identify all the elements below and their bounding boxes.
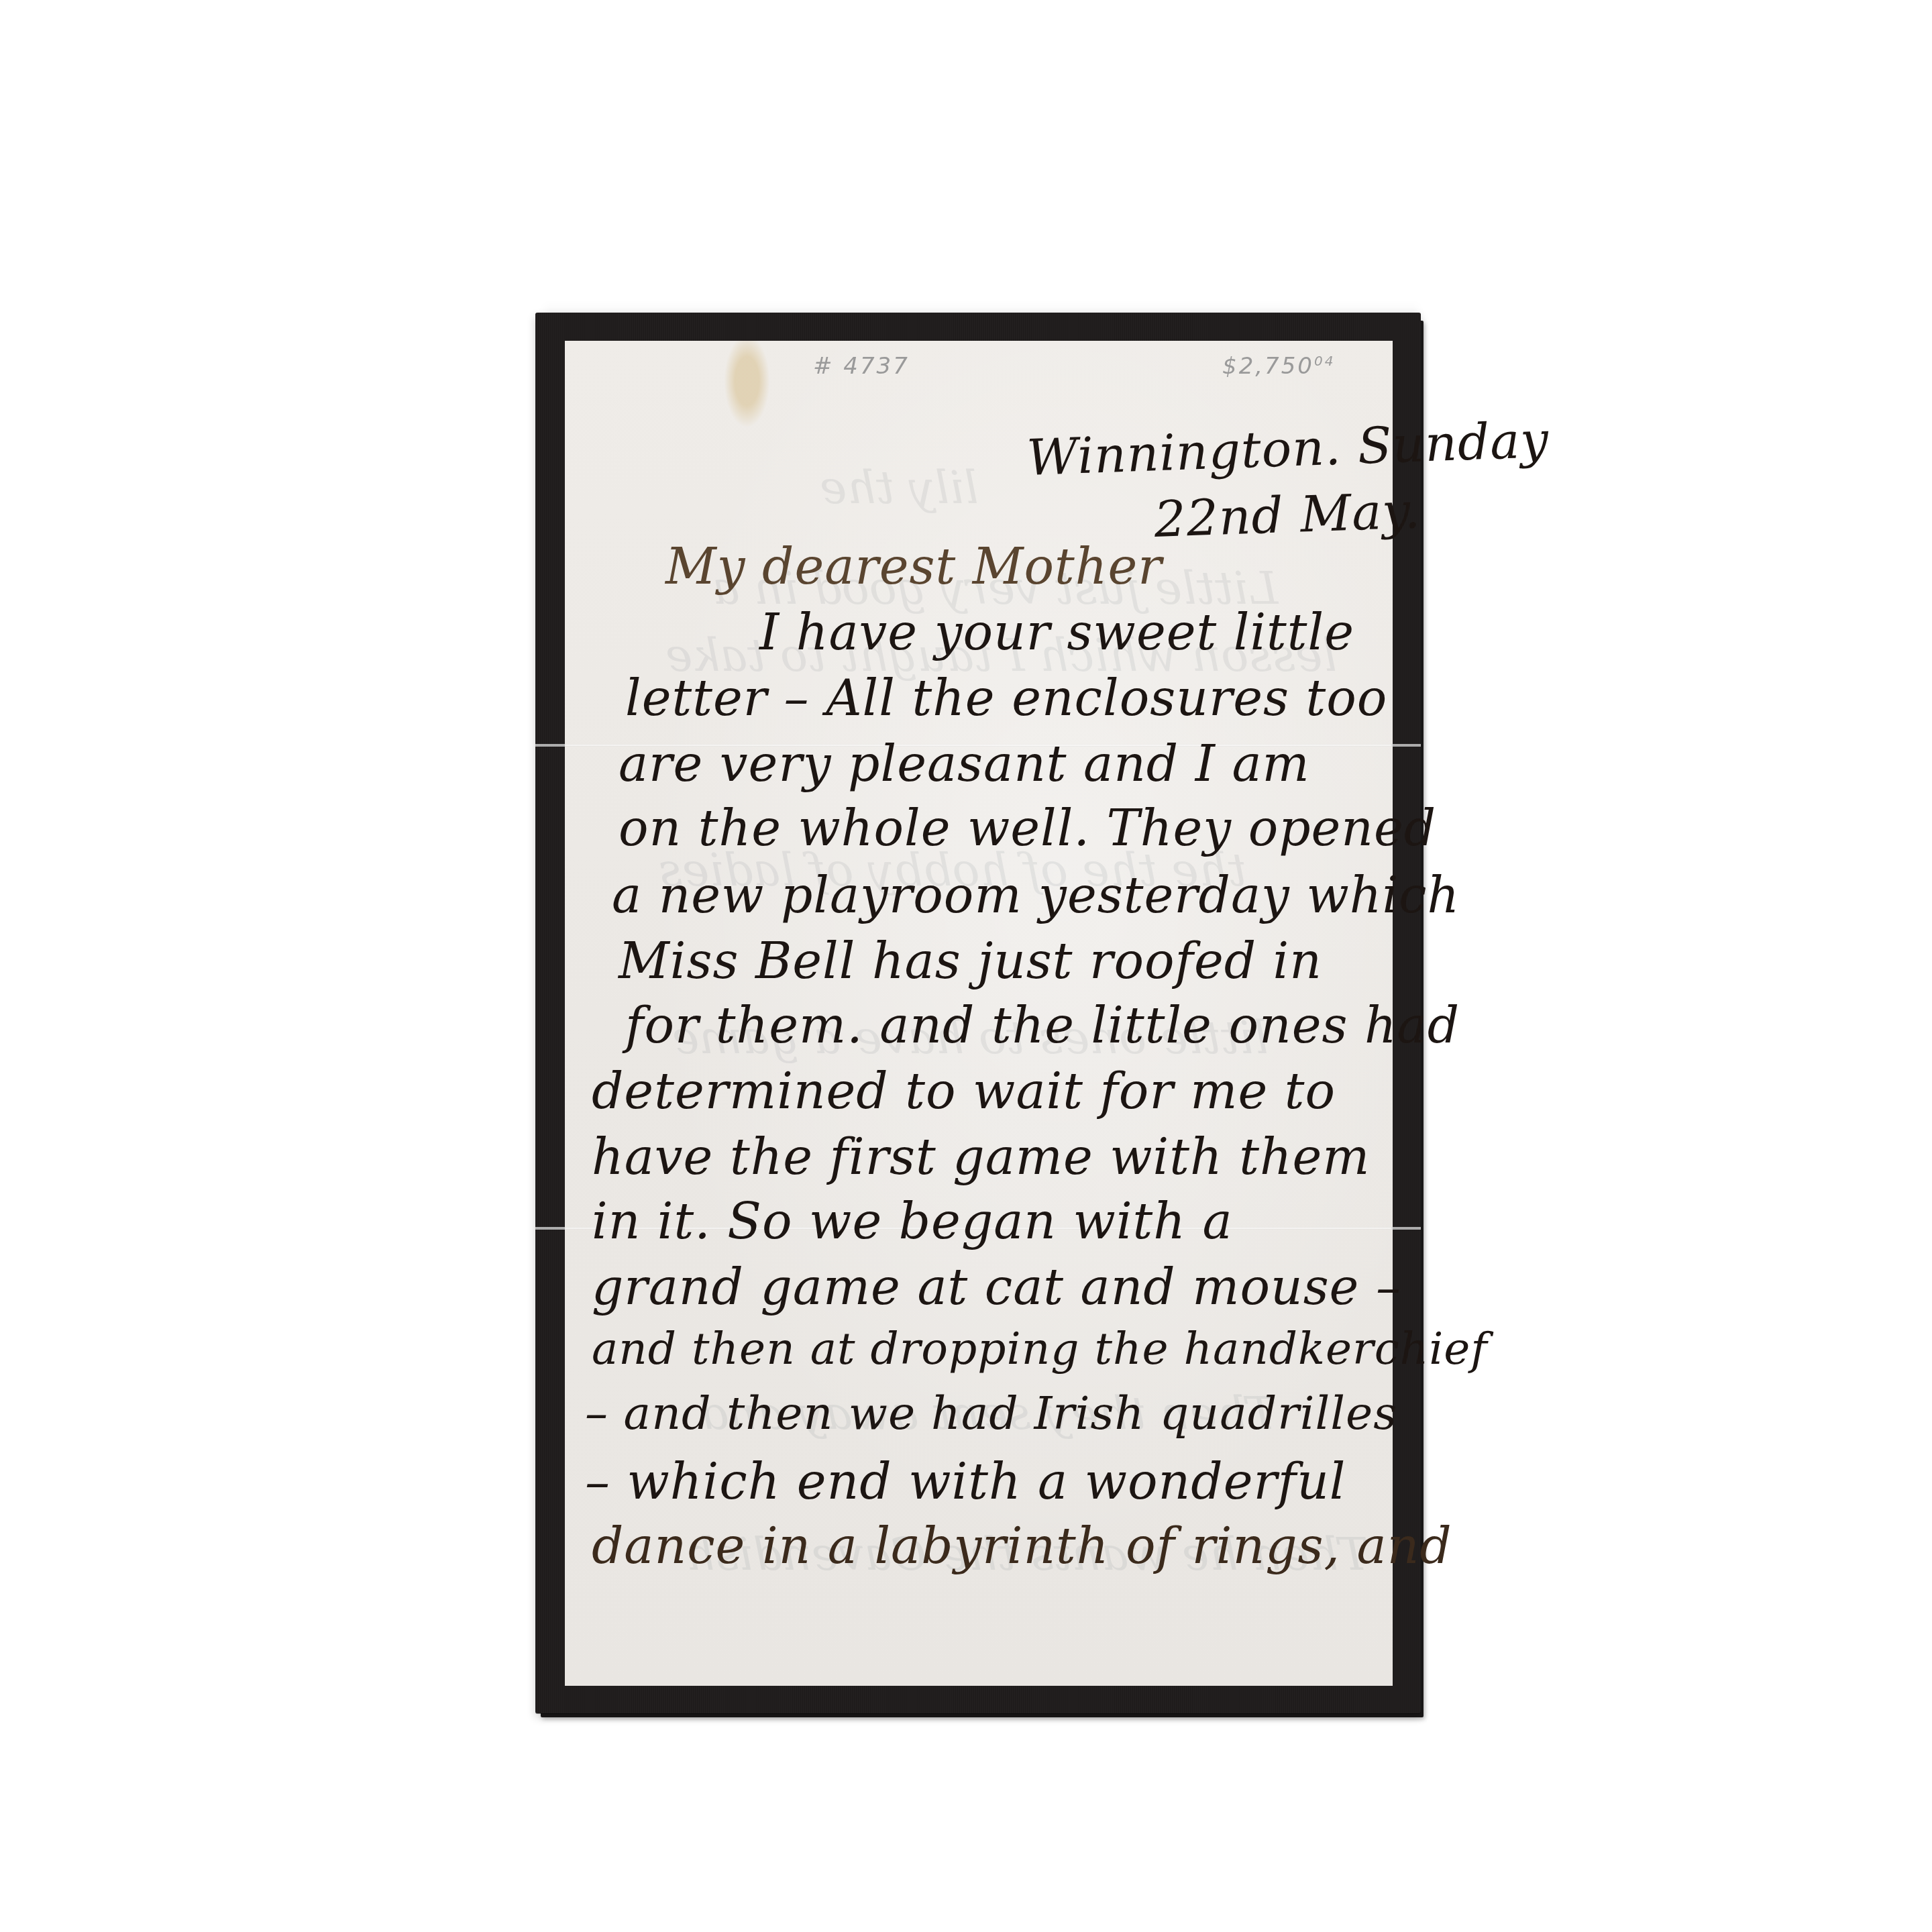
letter-body-line: dance in a labyrinth of rings, and	[592, 1521, 1452, 1571]
letter-date: 22nd May.	[1153, 486, 1421, 545]
inventory-number-annotation: # 4737	[813, 353, 910, 380]
letter-body-line: grand game at cat and mouse –	[592, 1263, 1401, 1312]
letter-body-line: – which end with a wonderful	[585, 1457, 1346, 1507]
reverse-show-through: lily the	[820, 462, 979, 515]
letter-body-line: – and then we had Irish quadrilles	[585, 1391, 1397, 1437]
letter-paper: lily the Little just very good in a less…	[565, 341, 1393, 1686]
letter-body-line: a new playroom yesterday which	[612, 871, 1460, 920]
fold-mark-left-upper	[535, 744, 565, 747]
letter-body-line: have the first game with them	[592, 1132, 1371, 1182]
letter-place-day: Winnington. Sunday	[1026, 415, 1550, 483]
letter-body-line: for them. and the little ones had	[625, 1001, 1460, 1051]
letter-body-line: letter – All the enclosures too	[625, 674, 1387, 723]
fold-mark-left-lower	[535, 1227, 565, 1230]
letter-body-line: determined to wait for me to	[592, 1067, 1336, 1116]
price-suffix: 04	[1314, 353, 1335, 369]
letter-body-line: are very pleasant and I am	[619, 739, 1310, 789]
fold-mark-right-upper	[1391, 744, 1421, 747]
letter-salutation-text: My dearest Mother	[665, 542, 1163, 592]
fold-mark-right-lower	[1391, 1227, 1421, 1230]
price-value: $2,750	[1222, 353, 1314, 380]
letter-sheet: lily the Little just very good in a less…	[535, 313, 1421, 1713]
letter-body-line: on the whole well. They opened	[619, 804, 1436, 853]
letter-body-line: I have your sweet little	[759, 608, 1354, 657]
price-annotation: $2,75004	[1222, 353, 1335, 380]
letter-body-line: Miss Bell has just roofed in	[619, 936, 1322, 986]
letter-body-line: and then at dropping the handkerchief	[592, 1327, 1488, 1371]
letter-body-line: in it. So we began with a	[592, 1197, 1233, 1246]
